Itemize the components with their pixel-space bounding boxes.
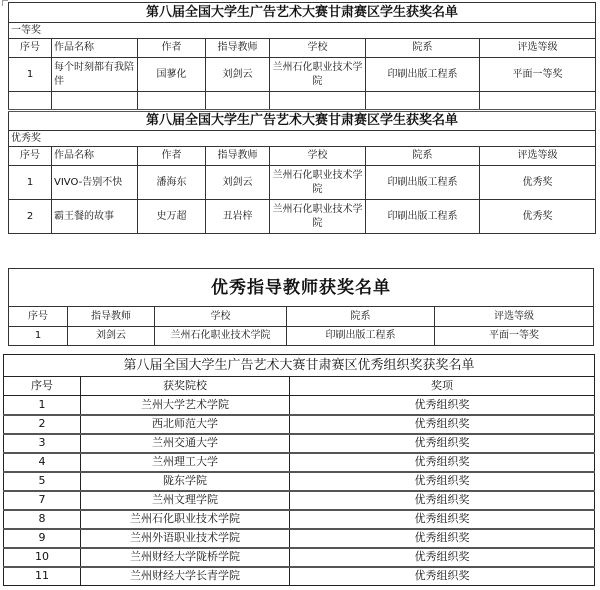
cell-level: 平面一等奖 — [480, 58, 596, 92]
col-header-school: 学校 — [270, 39, 366, 58]
cell-advisor: 刘剑云 — [206, 166, 270, 200]
table-row: 9 兰州外语职业技术学院 优秀组织奖 — [4, 529, 595, 548]
cell-level: 优秀奖 — [480, 200, 596, 234]
first-prize-header-row: 序号 作品名称 作者 指导教师 学校 院系 评选等级 — [9, 39, 596, 58]
cell-school: 兰州大学艺术学院 — [81, 396, 290, 415]
col-header-no: 序号 — [9, 39, 52, 58]
col-header-department: 院系 — [287, 307, 435, 327]
col-header-school: 学校 — [270, 147, 366, 166]
cell-school: 兰州文理学院 — [81, 491, 290, 510]
table-row: 1 每个时刻都有我陪伴 国蓼化 刘剑云 兰州石化职业技术学院 印刷出版工程系 平… — [9, 58, 596, 92]
cell-school: 陇东学院 — [81, 472, 290, 491]
cell-school: 兰州外语职业技术学院 — [81, 529, 290, 548]
cell-school: 兰州财经大学长青学院 — [81, 567, 290, 586]
empty-cell — [206, 92, 270, 111]
organization-awards-table: 第八届全国大学生广告艺术大赛甘肃赛区优秀组织奖获奖名单 序号 获奖院校 奖项 1… — [3, 354, 595, 586]
col-header-no: 序号 — [9, 147, 52, 166]
table-row: 7 兰州文理学院 优秀组织奖 — [4, 491, 595, 510]
cell-award: 优秀组织奖 — [290, 415, 595, 434]
col-header-no: 序号 — [9, 307, 68, 327]
cell-school: 兰州石化职业技术学院 — [155, 327, 287, 346]
cell-award: 优秀组织奖 — [290, 453, 595, 472]
cell-department: 印刷出版工程系 — [366, 166, 480, 200]
col-header-advisor: 指导教师 — [206, 147, 270, 166]
col-header-author: 作者 — [138, 147, 206, 166]
cell-school: 兰州石化职业技术学院 — [270, 58, 366, 92]
col-header-work: 作品名称 — [52, 39, 138, 58]
cell-award: 优秀组织奖 — [290, 529, 595, 548]
cell-no: 8 — [4, 510, 81, 529]
col-header-department: 院系 — [366, 39, 480, 58]
cell-no: 1 — [9, 58, 52, 92]
cell-work: 每个时刻都有我陪伴 — [52, 58, 138, 92]
table-row: 1 VIVO-告别不快 潘海东 刘剑云 兰州石化职业技术学院 印刷出版工程系 优… — [9, 166, 596, 200]
cell-award: 优秀组织奖 — [290, 396, 595, 415]
cell-advisor: 刘剑云 — [206, 58, 270, 92]
cell-department: 印刷出版工程系 — [366, 200, 480, 234]
advisor-header-row: 序号 指导教师 学校 院系 评选等级 — [9, 307, 594, 327]
advisor-awards-title: 优秀指导教师获奖名单 — [9, 269, 594, 307]
empty-row — [9, 92, 596, 111]
cell-advisor: 丑岩梓 — [206, 200, 270, 234]
cell-advisor: 刘剑云 — [68, 327, 155, 346]
table-row: 8 兰州石化职业技术学院 优秀组织奖 — [4, 510, 595, 529]
empty-cell — [9, 92, 52, 111]
excellence-title: 第八届全国大学生广告艺术大赛甘肃赛区学生获奖名单 — [9, 111, 596, 131]
cell-no: 10 — [4, 548, 81, 567]
student-awards-table: 第八届全国大学生广告艺术大赛甘肃赛区学生获奖名单 一等奖 序号 作品名称 作者 … — [8, 2, 596, 234]
table-row: 2 西北师范大学 优秀组织奖 — [4, 415, 595, 434]
cell-no: 2 — [9, 200, 52, 234]
cell-author: 国蓼化 — [138, 58, 206, 92]
cell-work: VIVO-告别不快 — [52, 166, 138, 200]
col-header-no: 序号 — [4, 377, 81, 396]
col-header-work: 作品名称 — [52, 147, 138, 166]
empty-cell — [270, 92, 366, 111]
cell-no: 2 — [4, 415, 81, 434]
cell-award: 优秀组织奖 — [290, 472, 595, 491]
cell-school: 兰州石化职业技术学院 — [270, 200, 366, 234]
cell-level: 平面一等奖 — [435, 327, 594, 346]
cell-author: 潘海东 — [138, 166, 206, 200]
excellence-section-label: 优秀奖 — [9, 131, 596, 147]
cell-award: 优秀组织奖 — [290, 567, 595, 586]
cell-work: 霸王餐的故事 — [52, 200, 138, 234]
empty-cell — [480, 92, 596, 111]
cell-no: 3 — [4, 434, 81, 453]
cell-no: 9 — [4, 529, 81, 548]
col-header-level: 评选等级 — [480, 147, 596, 166]
table-row: 1 兰州大学艺术学院 优秀组织奖 — [4, 396, 595, 415]
col-header-level: 评选等级 — [480, 39, 596, 58]
col-header-level: 评选等级 — [435, 307, 594, 327]
cell-award: 优秀组织奖 — [290, 510, 595, 529]
col-header-author: 作者 — [138, 39, 206, 58]
cell-award: 优秀组织奖 — [290, 491, 595, 510]
empty-cell — [52, 92, 138, 111]
table-row: 11 兰州财经大学长青学院 优秀组织奖 — [4, 567, 595, 586]
cell-school: 兰州石化职业技术学院 — [270, 166, 366, 200]
cell-school: 兰州财经大学陇桥学院 — [81, 548, 290, 567]
cell-no: 1 — [9, 327, 68, 346]
col-header-school: 学校 — [155, 307, 287, 327]
student-awards-title: 第八届全国大学生广告艺术大赛甘肃赛区学生获奖名单 — [9, 3, 596, 23]
cell-award: 优秀组织奖 — [290, 434, 595, 453]
empty-cell — [138, 92, 206, 111]
excellence-header-row: 序号 作品名称 作者 指导教师 学校 院系 评选等级 — [9, 147, 596, 166]
organization-header-row: 序号 获奖院校 奖项 — [4, 377, 595, 396]
table-row: 5 陇东学院 优秀组织奖 — [4, 472, 595, 491]
col-header-school: 获奖院校 — [81, 377, 290, 396]
first-prize-section-label: 一等奖 — [9, 23, 596, 39]
table-row: 3 兰州交通大学 优秀组织奖 — [4, 434, 595, 453]
table-row: 4 兰州理工大学 优秀组织奖 — [4, 453, 595, 472]
advisor-awards-table: 优秀指导教师获奖名单 序号 指导教师 学校 院系 评选等级 1 刘剑云 兰州石化… — [8, 268, 594, 346]
col-header-award: 奖项 — [290, 377, 595, 396]
table-row: 2 霸王餐的故事 史万超 丑岩梓 兰州石化职业技术学院 印刷出版工程系 优秀奖 — [9, 200, 596, 234]
cell-no: 1 — [9, 166, 52, 200]
col-header-department: 院系 — [366, 147, 480, 166]
table-row: 10 兰州财经大学陇桥学院 优秀组织奖 — [4, 548, 595, 567]
cell-no: 11 — [4, 567, 81, 586]
col-header-advisor: 指导教师 — [206, 39, 270, 58]
table-row: 1 刘剑云 兰州石化职业技术学院 印刷出版工程系 平面一等奖 — [9, 327, 594, 346]
cell-no: 7 — [4, 491, 81, 510]
col-header-advisor: 指导教师 — [68, 307, 155, 327]
cell-school: 兰州交通大学 — [81, 434, 290, 453]
empty-cell — [366, 92, 480, 111]
cell-no: 4 — [4, 453, 81, 472]
cell-award: 优秀组织奖 — [290, 548, 595, 567]
organization-awards-title: 第八届全国大学生广告艺术大赛甘肃赛区优秀组织奖获奖名单 — [4, 355, 595, 377]
cell-level: 优秀奖 — [480, 166, 596, 200]
cell-department: 印刷出版工程系 — [287, 327, 435, 346]
cell-no: 5 — [4, 472, 81, 491]
cell-author: 史万超 — [138, 200, 206, 234]
cell-school: 兰州理工大学 — [81, 453, 290, 472]
cell-department: 印刷出版工程系 — [366, 58, 480, 92]
cell-school: 兰州石化职业技术学院 — [81, 510, 290, 529]
cell-no: 1 — [4, 396, 81, 415]
cell-school: 西北师范大学 — [81, 415, 290, 434]
